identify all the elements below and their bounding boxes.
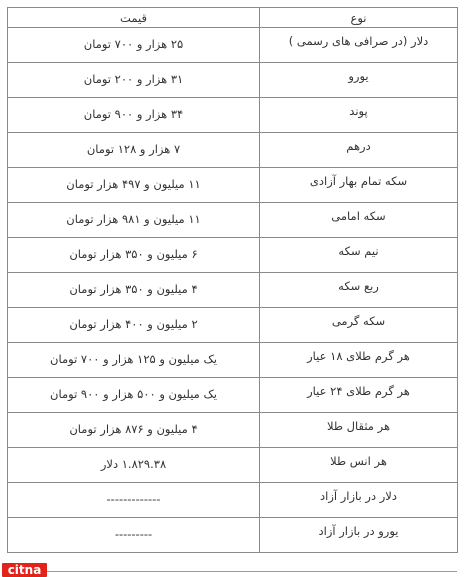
cell-price: ۴ میلیون و ۳۵۰ هزار تومان [8, 273, 260, 308]
cell-type: سکه گرمی [260, 308, 458, 343]
header-row: نوع قیمت [8, 8, 458, 28]
citna-logo: citna [2, 563, 47, 577]
cell-type: دلار (در صرافی های رسمی ) [260, 28, 458, 63]
cell-price: ۲ میلیون و ۴۰۰ هزار تومان [8, 308, 260, 343]
table-row: یورو۳۱ هزار و ۲۰۰ تومان [8, 63, 458, 98]
cell-type: هر گرم طلای ۲۴ عیار [260, 378, 458, 413]
cell-price: ۶ میلیون و ۳۵۰ هزار تومان [8, 238, 260, 273]
cell-price: ۱.۸۲۹.۳۸ دلار [8, 448, 260, 483]
cell-price: ۳۱ هزار و ۲۰۰ تومان [8, 63, 260, 98]
table-row: هر مثقال طلا۴ میلیون و ۸۷۶ هزار تومان [8, 413, 458, 448]
cell-price: ۱۱ میلیون و ۹۸۱ هزار تومان [8, 203, 260, 238]
cell-type: دلار در بازار آزاد [260, 483, 458, 518]
cell-price: ------------- [8, 483, 260, 518]
cell-type: هر گرم طلای ۱۸ عیار [260, 343, 458, 378]
table-row: دلار در بازار آزاد------------- [8, 483, 458, 518]
table-row: دلار (در صرافی های رسمی )۲۵ هزار و ۷۰۰ ت… [8, 28, 458, 63]
table-row: ربع سکه۴ میلیون و ۳۵۰ هزار تومان [8, 273, 458, 308]
cell-type: سکه تمام بهار آزادی [260, 168, 458, 203]
cell-price: ۷ هزار و ۱۲۸ تومان [8, 133, 260, 168]
cell-type: یورو [260, 63, 458, 98]
table-row: سکه تمام بهار آزادی۱۱ میلیون و ۴۹۷ هزار … [8, 168, 458, 203]
table-row: یورو در بازار آزاد--------- [8, 518, 458, 553]
cell-price: ۱۱ میلیون و ۴۹۷ هزار تومان [8, 168, 260, 203]
table-row: سکه گرمی۲ میلیون و ۴۰۰ هزار تومان [8, 308, 458, 343]
cell-type: پوند [260, 98, 458, 133]
table-row: هر گرم طلای ۱۸ عیاریک میلیون و ۱۲۵ هزار … [8, 343, 458, 378]
cell-price: یک میلیون و ۱۲۵ هزار و ۷۰۰ تومان [8, 343, 260, 378]
cell-type: هر مثقال طلا [260, 413, 458, 448]
table-row: هر انس طلا۱.۸۲۹.۳۸ دلار [8, 448, 458, 483]
table-row: درهم۷ هزار و ۱۲۸ تومان [8, 133, 458, 168]
table-row: سکه امامی۱۱ میلیون و ۹۸۱ هزار تومان [8, 203, 458, 238]
cell-price: یک میلیون و ۵۰۰ هزار و ۹۰۰ تومان [8, 378, 260, 413]
table-row: پوند۳۴ هزار و ۹۰۰ تومان [8, 98, 458, 133]
cell-price: --------- [8, 518, 260, 553]
cell-type: ربع سکه [260, 273, 458, 308]
divider [47, 571, 457, 572]
cell-type: یورو در بازار آزاد [260, 518, 458, 553]
cell-price: ۴ میلیون و ۸۷۶ هزار تومان [8, 413, 260, 448]
table-row: هر گرم طلای ۲۴ عیاریک میلیون و ۵۰۰ هزار … [8, 378, 458, 413]
cell-price: ۲۵ هزار و ۷۰۰ تومان [8, 28, 260, 63]
cell-type: سکه امامی [260, 203, 458, 238]
header-price: قیمت [8, 8, 260, 28]
cell-type: نیم سکه [260, 238, 458, 273]
header-type: نوع [260, 8, 458, 28]
price-table: نوع قیمت دلار (در صرافی های رسمی )۲۵ هزا… [7, 7, 458, 553]
cell-price: ۳۴ هزار و ۹۰۰ تومان [8, 98, 260, 133]
cell-type: هر انس طلا [260, 448, 458, 483]
table-row: نیم سکه۶ میلیون و ۳۵۰ هزار تومان [8, 238, 458, 273]
cell-type: درهم [260, 133, 458, 168]
